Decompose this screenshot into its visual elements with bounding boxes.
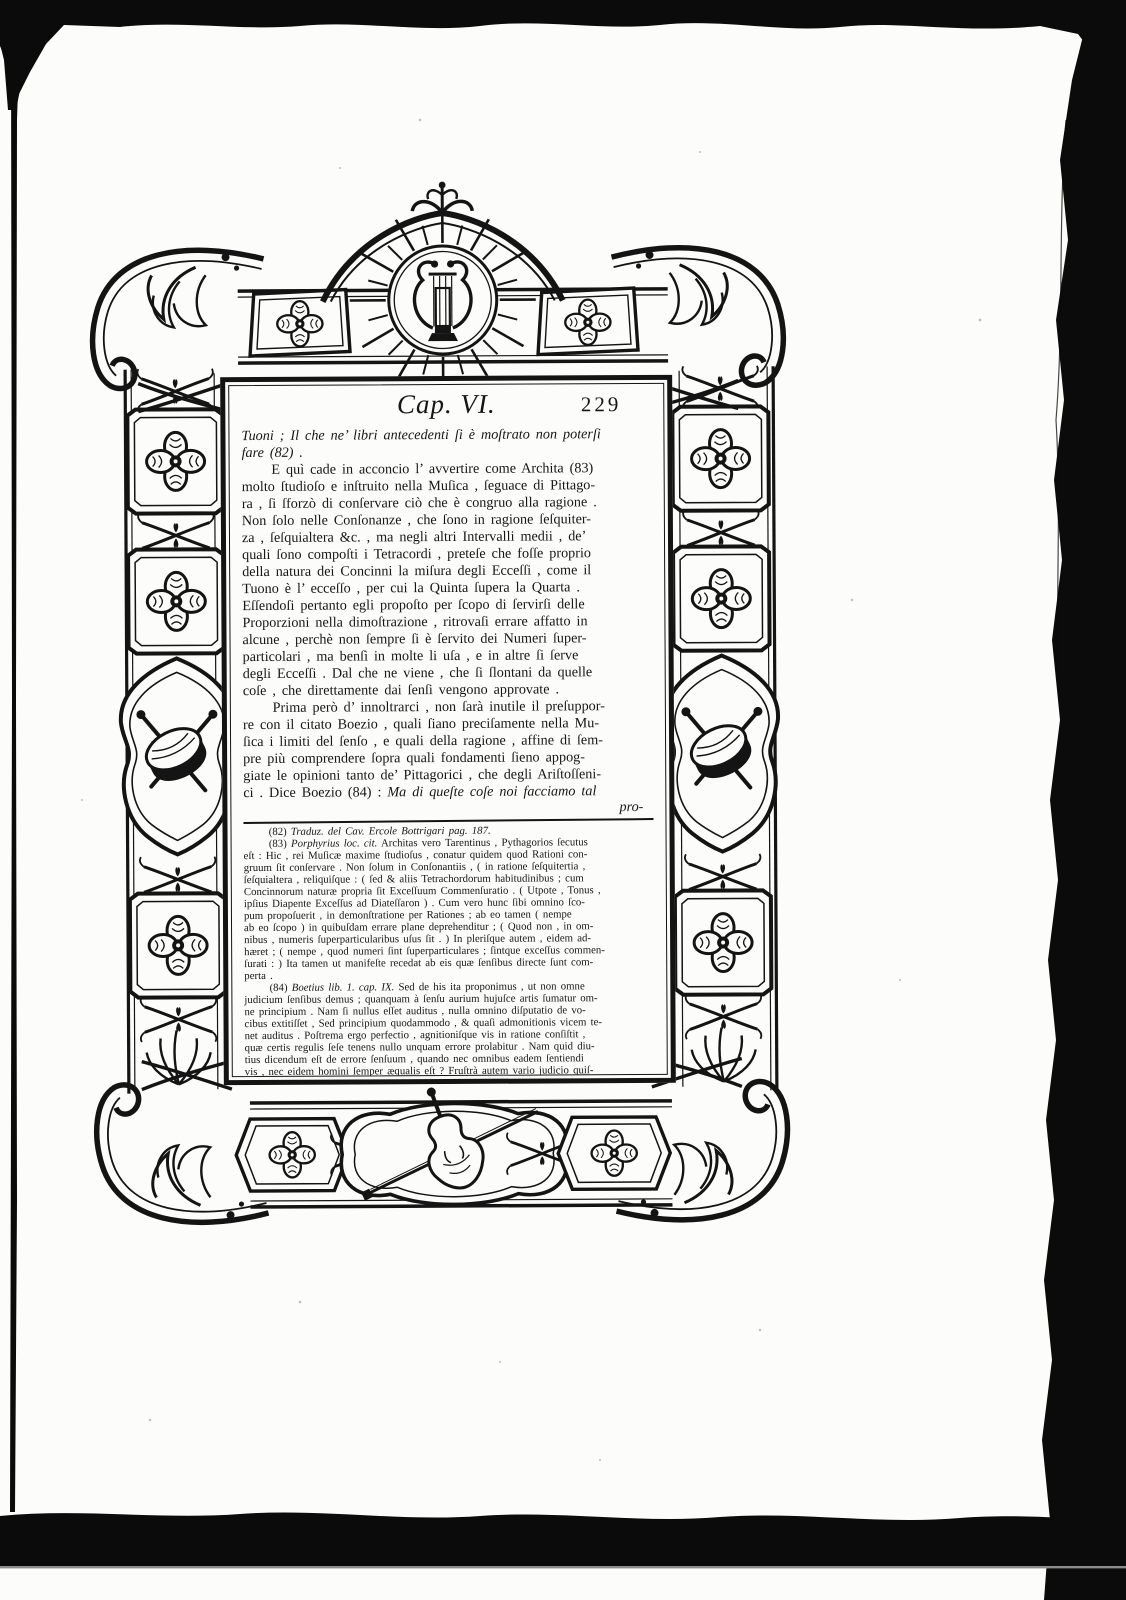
page-header: Cap. VI. 229 — [241, 388, 651, 422]
violin-with-bow-icon — [341, 1078, 568, 1205]
right-scan-band — [1042, 0, 1126, 1600]
footnote-82-label: (82) — [244, 826, 291, 838]
body-text: Tuoni ; Il che ne’ libri antecedenti ſi … — [241, 426, 653, 817]
rosette-panel-icon — [128, 549, 225, 654]
foliate-x-knot-icon — [141, 997, 217, 1042]
rosette-panel-icon — [127, 409, 224, 514]
page-number: 229 — [581, 392, 622, 417]
text-block-frame: Cap. VI. 229 Tuoni ; Il che ne’ libri an… — [220, 375, 676, 1085]
closing-roman-text: ci . Dice Boezio (84) : — [243, 784, 387, 801]
kettledrum-cartouche-icon — [121, 658, 234, 855]
rosette-panel-icon — [130, 893, 227, 998]
right-border-column — [664, 366, 780, 1082]
lyre-sunburst-icon — [349, 207, 536, 394]
footnote-83-citation: Porphyrius loc. cit. — [291, 837, 377, 849]
rosette-panel-icon — [672, 406, 769, 511]
foliate-x-knot-icon — [686, 994, 762, 1039]
left-gutter-line — [10, 26, 20, 1512]
footnote-84-citation: Boetius lib. 1. cap. IX. — [292, 981, 395, 994]
footnote-83-body: eſt : Hic , rei Muſicæ maxime ſtudioſus … — [244, 848, 655, 982]
footnote-84-body: judicium ſenſibus demus ; quanquam à ſen… — [244, 992, 654, 1077]
catchword: pro- — [243, 800, 653, 817]
footnote-83-label: (83) — [244, 838, 291, 850]
paragraph-intro-italic: Tuoni ; Il che ne’ libri antecedenti ſi … — [241, 426, 651, 462]
rosette-panel-icon — [558, 1117, 670, 1190]
text-block-inner-rule: Cap. VI. 229 Tuoni ; Il che ne’ libri an… — [228, 383, 668, 1077]
left-border-column — [119, 369, 235, 1085]
footnote-82-text: Traduz. del Cav. Ercole Bottrigari pag. … — [291, 825, 491, 838]
scanned-book-page: Cap. VI. 229 Tuoni ; Il che ne’ libri an… — [0, 0, 1126, 1600]
kettledrum-cartouche-icon — [665, 655, 778, 852]
rosette-panel-icon — [236, 1119, 348, 1192]
rosette-panel-icon — [675, 890, 772, 995]
rosette-panel-icon — [250, 290, 350, 357]
paragraph-closing-line: ci . Dice Boezio (84) : Ma di queſte coſ… — [243, 783, 653, 802]
paragraph-boezio: Prima però d’ innoltrarci , non ſarà inu… — [243, 698, 653, 785]
footnotes-section: (82) Traduz. del Cav. Ercole Bottrigari … — [244, 824, 655, 1077]
footnote-separator-rule — [243, 818, 653, 824]
bottom-scan-band — [0, 1512, 1126, 1566]
footnote-84-first-text: Sed de his ita proponimus , ut non omne — [394, 980, 584, 993]
footnote-84-label: (84) — [244, 982, 291, 994]
footnote-83-first-text: Architas vero Tarentinus , Pythagorios ſ… — [377, 836, 588, 849]
paragraph-archita: E quì cade in acconcio l’ avvertire come… — [242, 460, 653, 700]
top-scan-band — [0, 0, 1126, 96]
rosette-panel-icon — [673, 546, 770, 651]
scanner-bed-line — [0, 1566, 1126, 1568]
closing-italic-quote: Ma di queſte coſe noi facciamo tal — [387, 783, 596, 800]
